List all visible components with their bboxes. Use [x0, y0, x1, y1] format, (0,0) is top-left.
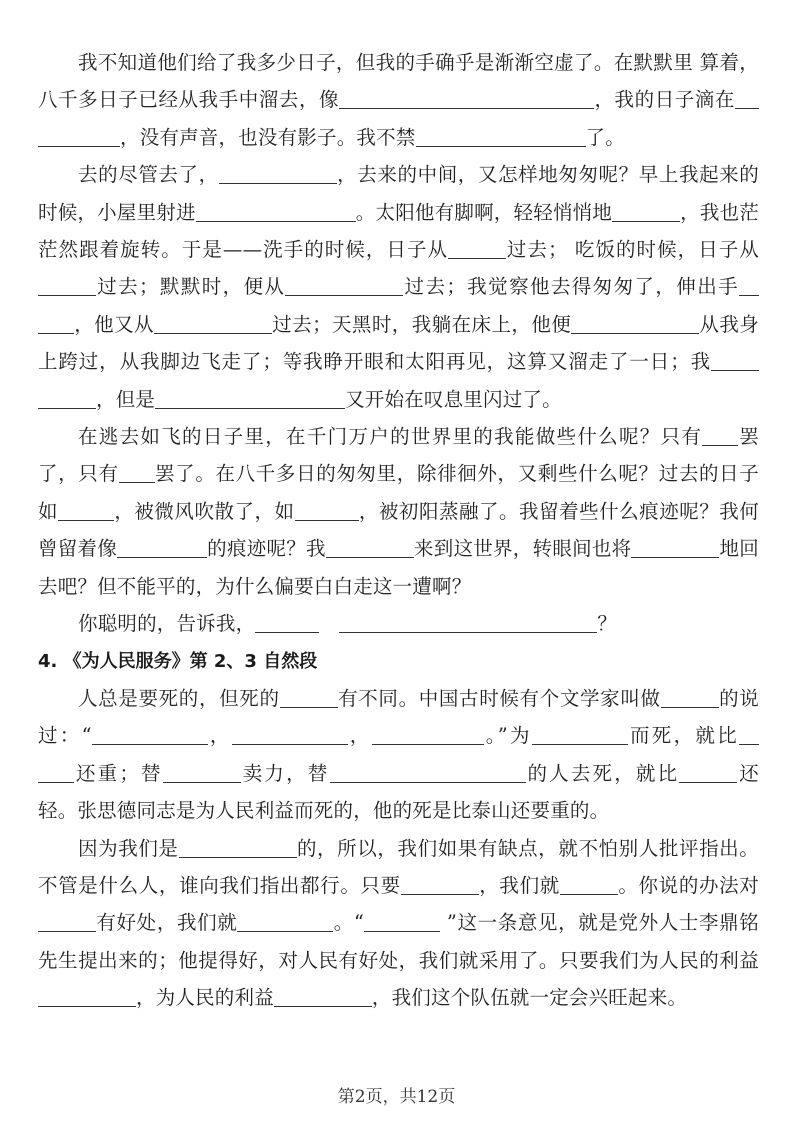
fill-blank[interactable] — [364, 911, 440, 932]
fill-blank[interactable] — [38, 126, 120, 147]
text-segment: ，他又从 — [74, 313, 154, 336]
text-segment: 因为我们是 — [78, 837, 179, 860]
fill-blank[interactable] — [330, 762, 526, 783]
fill-blank[interactable] — [179, 837, 297, 858]
text-segment: 还重；替 — [74, 762, 163, 785]
text-segment: 来到这世界，转眼间也将 — [414, 537, 632, 560]
fill-blank[interactable] — [448, 238, 506, 259]
fill-blank[interactable] — [560, 874, 618, 895]
text-segment: 去的尽管去了， — [78, 163, 219, 186]
worksheet-page: 我不知道他们给了我多少日子，但我的手确乎是渐渐空虚了。在默默里 算着，八千多日子… — [38, 44, 759, 1017]
fill-blank[interactable] — [679, 762, 737, 783]
fill-blank[interactable] — [661, 687, 719, 708]
fill-blank[interactable] — [92, 724, 208, 745]
fill-blank[interactable] — [571, 313, 699, 334]
text-segment: 卖力，替 — [241, 762, 330, 785]
fill-blank[interactable] — [280, 687, 338, 708]
fill-blank[interactable] — [416, 126, 586, 147]
fill-blank[interactable] — [232, 724, 348, 745]
fill-blank[interactable] — [735, 88, 759, 109]
passage-paragraph: 去的尽管去了，，去来的中间，又怎样地匆匆呢？早上我起来的时候，小屋里射进。太阳他… — [38, 156, 759, 418]
passage-paragraph: 在逃去如飞的日子里，在千门万户的世界里的我能做些什么呢？只有罢了，只有罢了。在八… — [38, 418, 759, 605]
text-segment: 了。 — [586, 126, 625, 149]
text-segment: 过去； 吃饭的时候，日子从 — [506, 238, 759, 261]
text-segment: 在逃去如飞的日子里，在千门万户的世界里的我能做些什么呢？只有 — [78, 425, 702, 448]
fill-blank[interactable] — [711, 350, 759, 371]
fill-blank[interactable] — [339, 88, 594, 109]
fill-blank[interactable] — [163, 762, 241, 783]
text-segment: ，我的日子滴在 — [594, 88, 735, 111]
fill-blank[interactable] — [295, 500, 359, 521]
text-segment: 。太阳他有脚啊，轻轻悄悄地 — [356, 201, 612, 224]
text-segment: 。”为 — [484, 724, 532, 747]
text-segment: 的人去死，就比 — [526, 762, 680, 785]
text-segment: 。“ — [333, 911, 364, 934]
fill-blank[interactable] — [38, 762, 74, 783]
fill-blank[interactable] — [58, 500, 78, 521]
text-segment: ，被微风吹散了，如 — [114, 500, 295, 523]
fill-blank[interactable] — [532, 724, 628, 745]
text-segment: 的痕迹呢？我 — [207, 537, 326, 560]
fill-blank[interactable] — [612, 201, 680, 222]
fill-blank[interactable] — [255, 612, 319, 633]
text-segment: 过去；我觉察他去得匆匆了，伸出手 — [403, 275, 739, 298]
passage-paragraph: 人总是要死的，但死的有不同。中国古时候有个文学家叫做的说过：“，，。”为而死，就… — [38, 680, 759, 830]
fill-blank[interactable] — [154, 313, 272, 334]
section-heading: 4. 《为人民服务》第 2、3 自然段 — [38, 643, 759, 680]
text-segment: 你聪明的，告诉我， — [78, 612, 255, 635]
text-segment: ？ — [597, 612, 617, 635]
text-segment: ，但是 — [96, 388, 155, 411]
text-segment: ，没有声音，也没有影子。我不禁 — [120, 126, 416, 149]
fill-blank[interactable] — [339, 612, 597, 633]
text-segment: 有不同。中国古时候有个文学家叫做 — [338, 687, 661, 710]
fill-blank[interactable] — [372, 724, 484, 745]
text-segment: 而死，就比 — [628, 724, 739, 747]
fill-blank[interactable] — [631, 537, 719, 558]
passage-paragraph: 因为我们是的，所以，我们如果有缺点，就不怕别人批评指出。不管是什么人，谁向我们指… — [38, 830, 759, 1017]
text-segment: ， — [348, 724, 372, 747]
fill-blank[interactable] — [702, 425, 738, 446]
fill-blank[interactable] — [401, 874, 479, 895]
passage-paragraph: 你聪明的，告诉我，？ — [38, 605, 759, 642]
text-segment: 过去；天黑时，我躺在床上，他便 — [272, 313, 571, 336]
text-segment: 有好处，我们就 — [96, 911, 237, 934]
fill-blank[interactable] — [78, 500, 114, 521]
text-segment: ， — [208, 724, 232, 747]
fill-blank[interactable] — [274, 986, 372, 1007]
fill-blank[interactable] — [739, 724, 759, 745]
fill-blank[interactable] — [196, 201, 356, 222]
fill-blank[interactable] — [38, 275, 96, 296]
fill-blank[interactable] — [237, 911, 333, 932]
text-segment: ，我们这个队伍就一定会兴旺起来。 — [372, 986, 687, 1009]
fill-blank[interactable] — [285, 275, 403, 296]
text-segment: ，为人民的利益 — [136, 986, 274, 1009]
text-segment: 又开始在叹息里闪过了。 — [345, 388, 562, 411]
fill-blank[interactable] — [739, 275, 759, 296]
fill-blank[interactable] — [119, 462, 155, 483]
fill-blank[interactable] — [38, 313, 74, 334]
page-number: 第2页，共12页 — [0, 1082, 793, 1107]
text-segment: 过去；默默时，便从 — [96, 275, 285, 298]
fill-blank[interactable] — [326, 537, 414, 558]
text-segment: 人总是要死的，但死的 — [78, 687, 280, 710]
fill-blank[interactable] — [219, 163, 337, 184]
fill-blank[interactable] — [155, 388, 345, 409]
fill-blank[interactable] — [117, 537, 207, 558]
text-segment: ，我们就 — [479, 874, 560, 897]
text-segment: 。你说的办法对 — [618, 874, 759, 897]
passage-paragraph: 我不知道他们给了我多少日子，但我的手确乎是渐渐空虚了。在默默里 算着，八千多日子… — [38, 44, 759, 156]
fill-blank[interactable] — [38, 388, 96, 409]
fill-blank[interactable] — [38, 986, 136, 1007]
fill-blank[interactable] — [38, 911, 96, 932]
